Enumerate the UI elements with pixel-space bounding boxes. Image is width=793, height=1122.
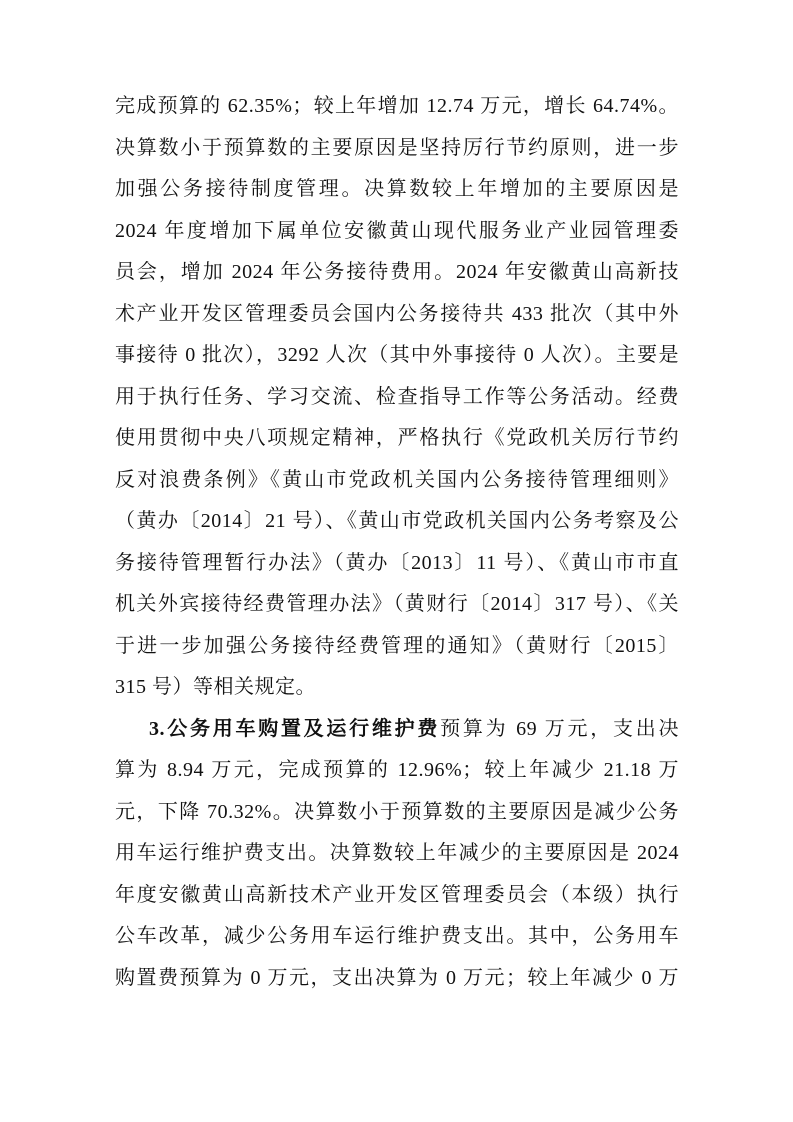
text-line: 机关外宾接待经费管理办法》（黄财行〔2014〕317 号）、《关 (115, 584, 679, 626)
section3-heading-rest: 预算为 69 万元，支出决 (440, 718, 679, 740)
text-line: 于进一步加强公务接待经费管理的通知》（黄财行〔2015〕 (115, 626, 679, 668)
text-line: 年度安徽黄山高新技术产业开发区管理委员会（本级）执行 (115, 875, 679, 917)
document-page: 完成预算的 62.35%；较上年增加 12.74 万元，增长 64.74%。 决… (0, 0, 793, 1122)
text-line: 务接待管理暂行办法》（黄办〔2013〕11 号）、《黄山市市直 (115, 543, 679, 585)
text-line: 使用贯彻中央八项规定精神，严格执行《党政机关厉行节约 (115, 418, 679, 460)
text-line: 2024 年度增加下属单位安徽黄山现代服务业产业园管理委 (115, 211, 679, 253)
text-line: 决算数小于预算数的主要原因是坚持厉行节约原则，进一步 (115, 128, 679, 170)
text-line: 员会，增加 2024 年公务接待费用。2024 年安徽黄山高新技 (115, 252, 679, 294)
section3-heading: 3.公务用车购置及运行维护费 (149, 718, 440, 740)
text-line: 反对浪费条例》《黄山市党政机关国内公务接待管理细则》 (115, 460, 679, 502)
text-line: 用于执行任务、学习交流、检查指导工作等公务活动。经费 (115, 377, 679, 419)
body-text: 完成预算的 62.35%；较上年增加 12.74 万元，增长 64.74%。 决… (115, 86, 679, 999)
text-line: 算为 8.94 万元，完成预算的 12.96%；较上年减少 21.18 万 (115, 750, 679, 792)
text-line: 术产业开发区管理委员会国内公务接待共 433 批次（其中外 (115, 294, 679, 336)
text-line: 元，下降 70.32%。决算数小于预算数的主要原因是减少公务 (115, 792, 679, 834)
text-line: 购置费预算为 0 万元，支出决算为 0 万元；较上年减少 0 万 (115, 958, 679, 1000)
text-line: 用车运行维护费支出。决算数较上年减少的主要原因是 2024 (115, 833, 679, 875)
text-line: 315 号）等相关规定。 (115, 667, 679, 709)
section3-heading-line: 3.公务用车购置及运行维护费预算为 69 万元，支出决 (115, 709, 679, 751)
text-line: 事接待 0 批次），3292 人次（其中外事接待 0 人次）。主要是 (115, 335, 679, 377)
text-line: 完成预算的 62.35%；较上年增加 12.74 万元，增长 64.74%。 (115, 86, 679, 128)
text-line: 加强公务接待制度管理。决算数较上年增加的主要原因是 (115, 169, 679, 211)
text-line: 公车改革，减少公务用车运行维护费支出。其中，公务用车 (115, 916, 679, 958)
text-line: （黄办〔2014〕21 号）、《黄山市党政机关国内公务考察及公 (115, 501, 679, 543)
